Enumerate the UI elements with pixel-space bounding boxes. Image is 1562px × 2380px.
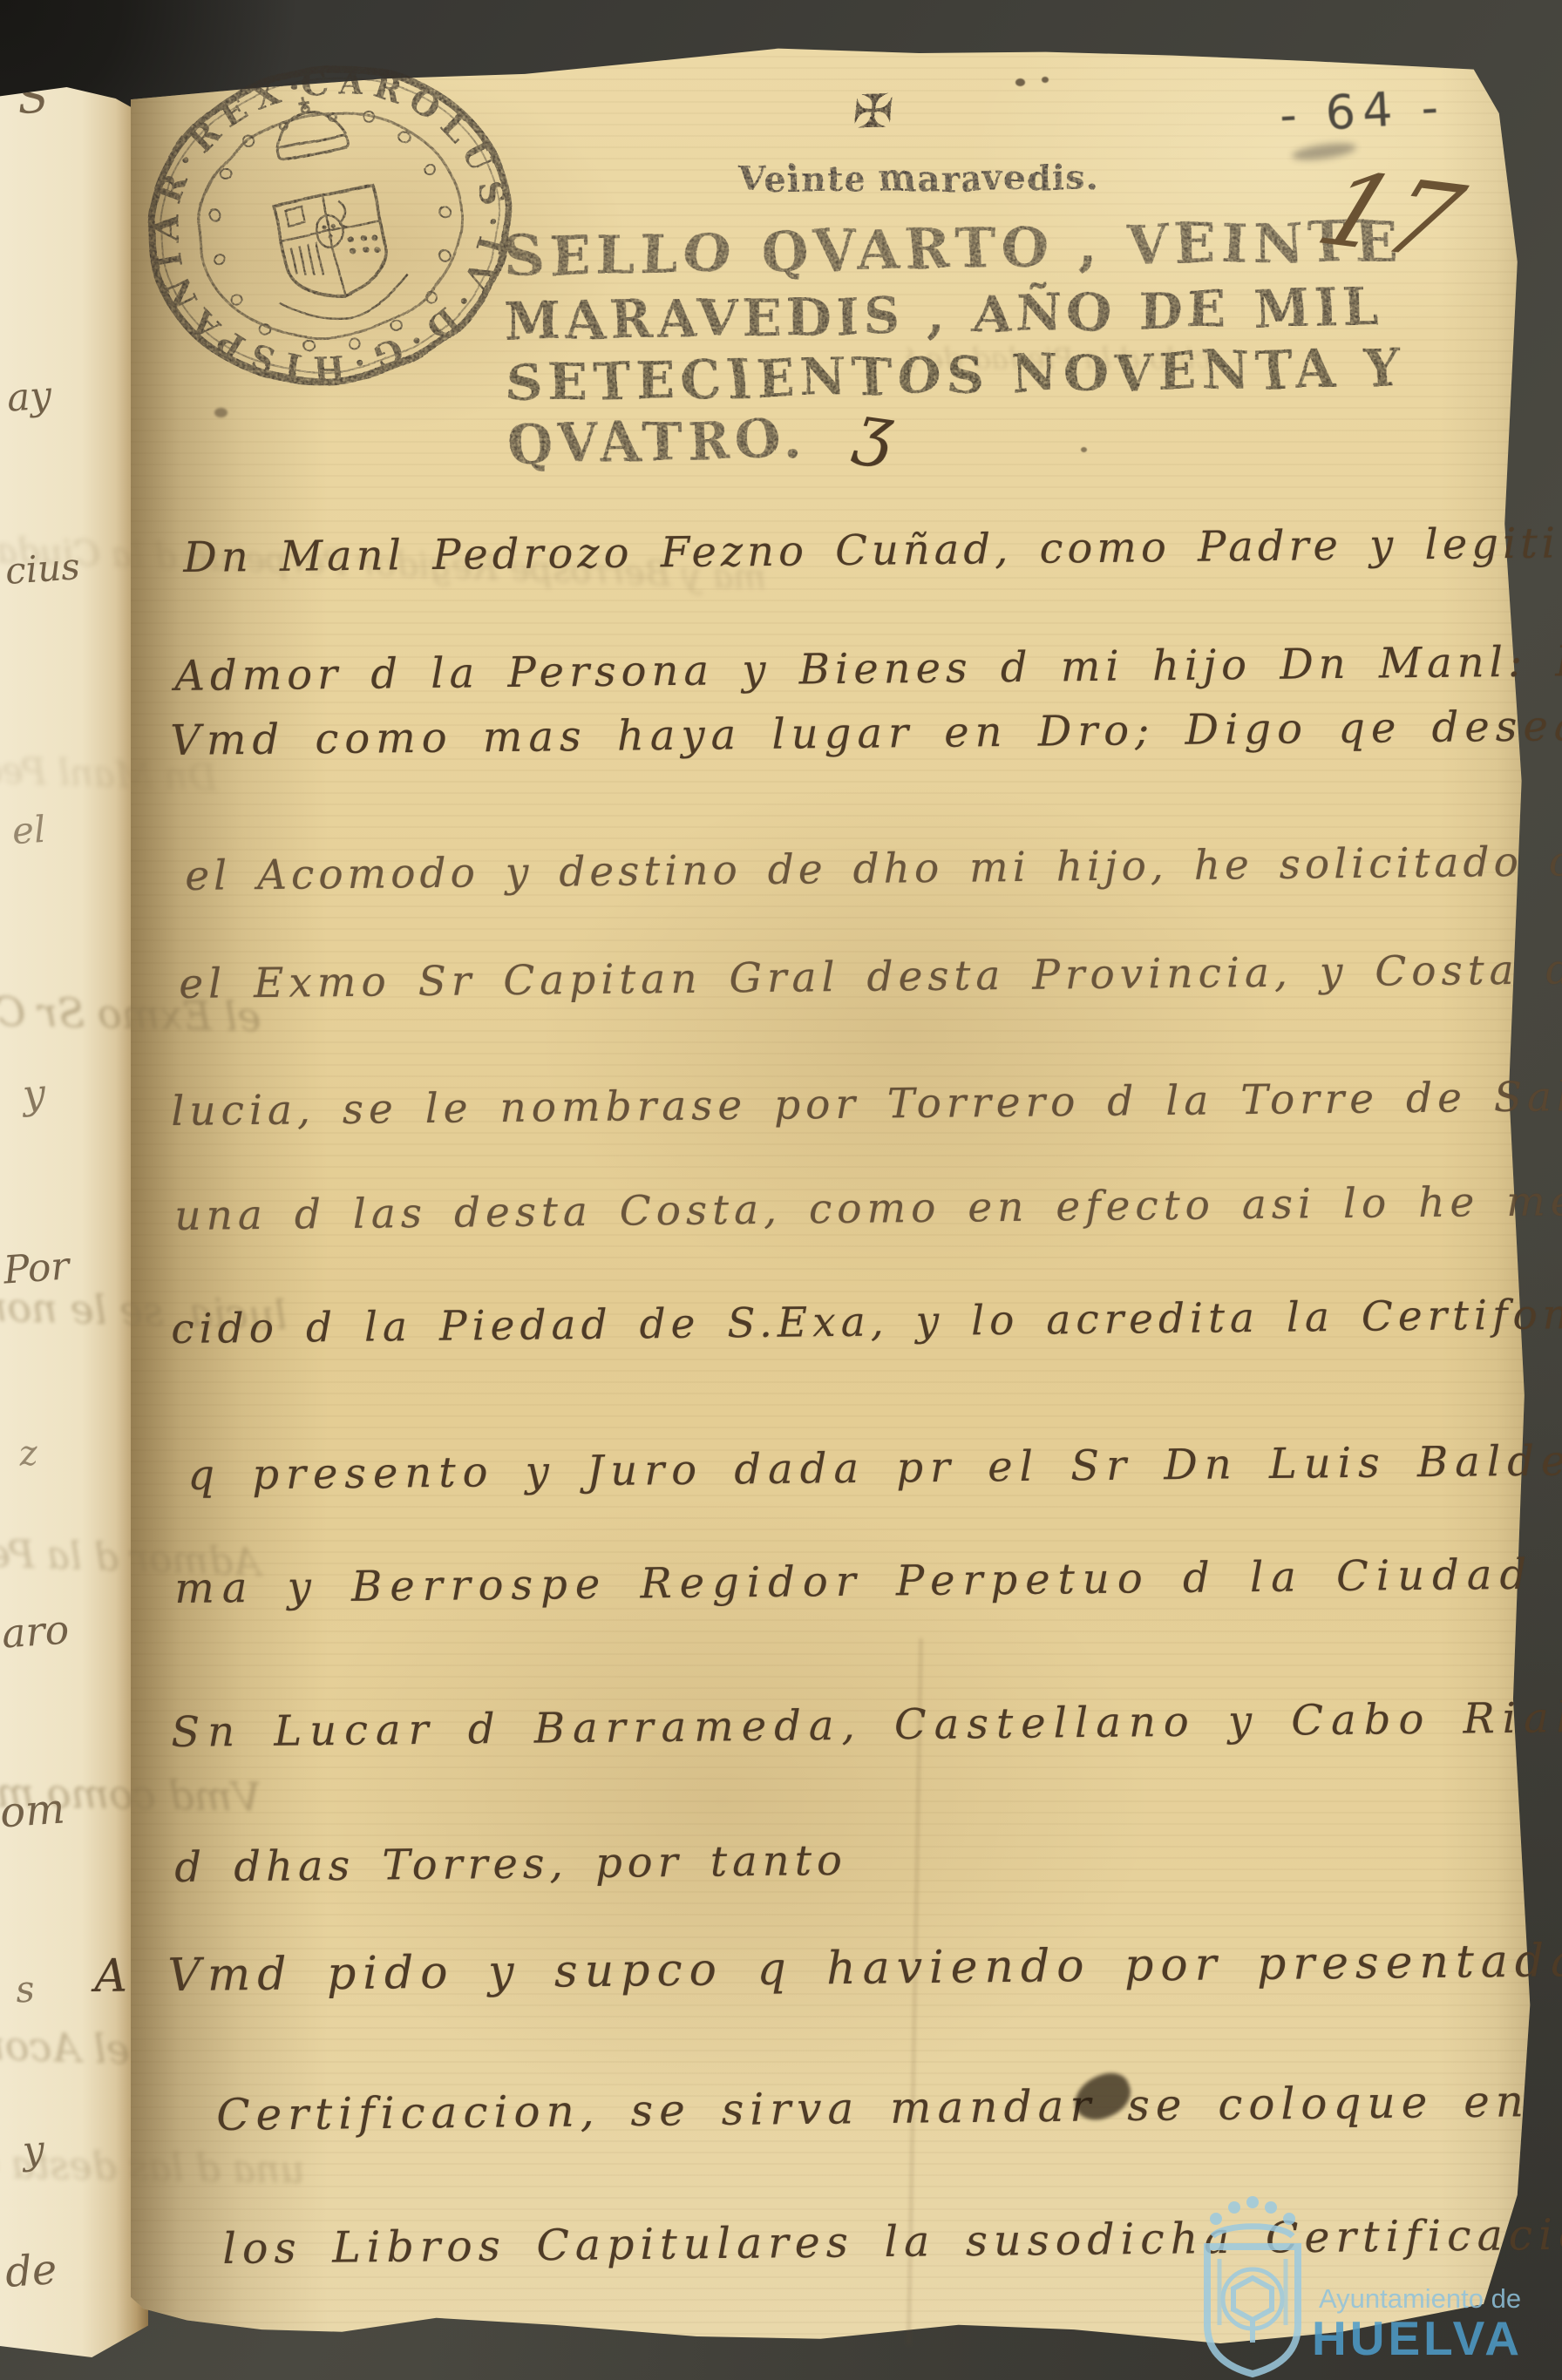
ink-speck	[1042, 77, 1049, 83]
ink-speck	[214, 408, 228, 417]
watermark-org-text: Ayuntamiento de	[1319, 2283, 1521, 2314]
ink-speck	[1081, 447, 1087, 452]
stamp-text-line: QVATRO.	[506, 409, 807, 475]
stamp-text-line: SELLO QVARTO , VEINTE	[503, 208, 1402, 288]
huelva-crest-icon	[1207, 2196, 1298, 2374]
watermark-city-text: HUELVA	[1312, 2311, 1523, 2365]
tax-line: Veinte maravedis.	[737, 158, 1099, 199]
ink-speck	[1015, 78, 1025, 86]
folio-number-pencil: - 64 -	[1278, 79, 1446, 143]
document-scan: S ay cius el y Por z aro om s y de ma y …	[0, 0, 1562, 2380]
manuscript-line: d dhas Torres, por tanto	[174, 1836, 847, 1892]
royal-seal: CAROLUS·IV·D·G·HISPANIAR·REX·	[115, 27, 543, 422]
cross-ornament: ✠	[852, 82, 895, 141]
archive-watermark: Ayuntamiento de HUELVA	[1181, 2194, 1562, 2380]
